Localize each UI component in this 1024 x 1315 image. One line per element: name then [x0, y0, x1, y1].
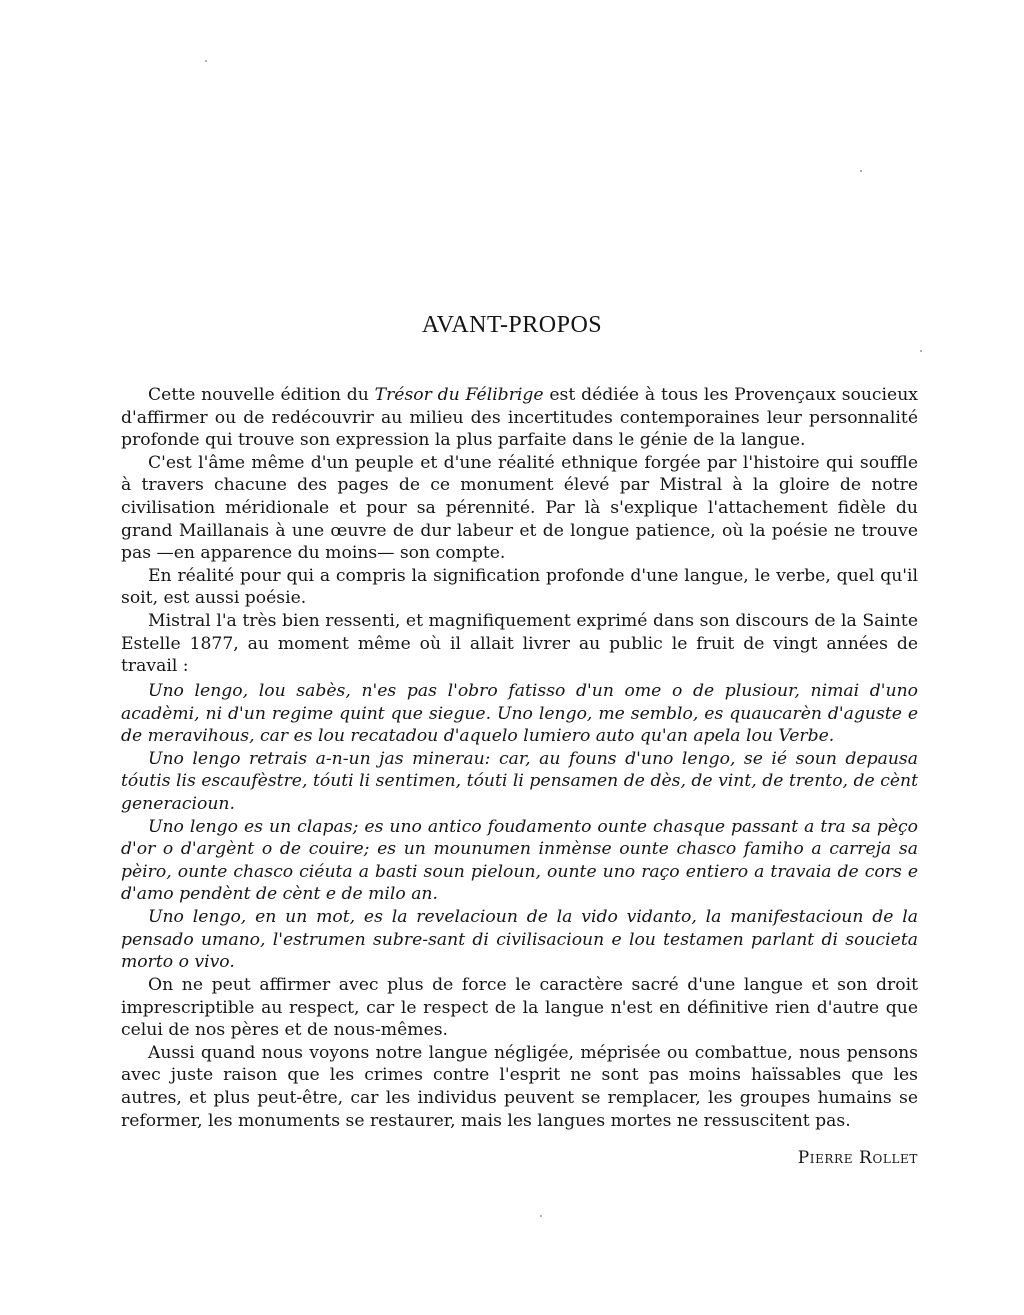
scan-speck: [205, 60, 207, 62]
signature: Pierre Rollet: [798, 1148, 918, 1168]
intro-paragraph-4: Mistral l'a très bien ressenti, et magni…: [121, 610, 918, 678]
scan-speck: [860, 170, 862, 172]
quote-paragraph-3: Uno lengo es un clapas; es uno antico fo…: [121, 816, 918, 906]
text-span: Cette nouvelle édition du: [148, 385, 375, 405]
mistral-quote: Uno lengo, lou sabès, n'es pas l'obro fa…: [121, 680, 918, 974]
quote-paragraph-4: Uno lengo, en un mot, es la revelacioun …: [121, 906, 918, 974]
book-title: Trésor du Félibrige: [375, 385, 544, 405]
scan-speck: [920, 350, 922, 352]
outro-section: On ne peut affirmer avec plus de force l…: [121, 974, 918, 1132]
scan-speck: [540, 1215, 542, 1217]
page-title: AVANT-PROPOS: [0, 312, 1024, 339]
intro-section: Cette nouvelle édition du Trésor du Féli…: [121, 384, 918, 678]
quote-paragraph-1: Uno lengo, lou sabès, n'es pas l'obro fa…: [121, 680, 918, 748]
intro-paragraph-3: En réalité pour qui a compris la signifi…: [121, 565, 918, 610]
intro-paragraph-1: Cette nouvelle édition du Trésor du Féli…: [121, 384, 918, 452]
intro-paragraph-2: C'est l'âme même d'un peuple et d'une ré…: [121, 452, 918, 565]
document-page: AVANT-PROPOS Cette nouvelle édition du T…: [0, 0, 1024, 1315]
outro-paragraph-2: Aussi quand nous voyons notre langue nég…: [121, 1042, 918, 1132]
quote-paragraph-2: Uno lengo retrais a-n-un jas minerau: ca…: [121, 748, 918, 816]
outro-paragraph-1: On ne peut affirmer avec plus de force l…: [121, 974, 918, 1042]
